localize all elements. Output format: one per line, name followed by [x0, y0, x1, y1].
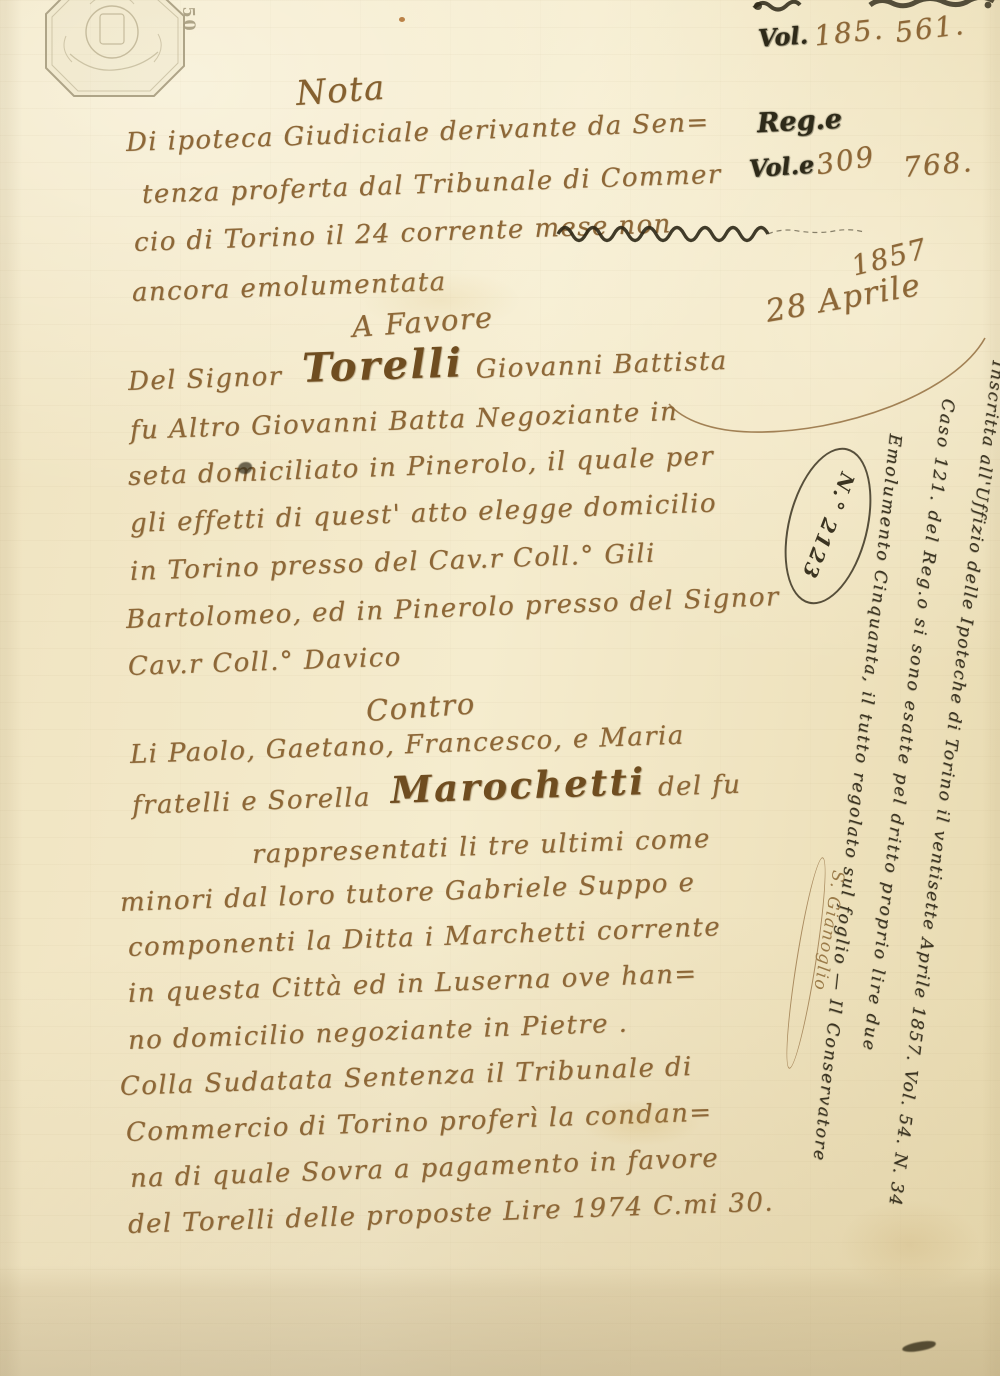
registry-reg-label: Reg.e [756, 104, 843, 139]
para2-line: Bartolomeo, ed in Pinerolo presso del Si… [125, 582, 780, 635]
para3-line: Commercio di Torino proferì la condan= [125, 1098, 712, 1148]
registry-vol-number-mid: 309 [814, 140, 878, 182]
stamp-denomination: 50 [179, 6, 199, 33]
creditor-line-pre: Del Signor [128, 362, 283, 397]
debtors-line-pre: fratelli e Sorella [132, 783, 372, 821]
debtors-line: fratelli e SorellaMarochettidel fu [131, 757, 742, 829]
debtor-name: Marochetti [390, 759, 647, 812]
para3-line: in questa Città ed in Luserna ove han= [127, 959, 698, 1009]
para2-line: fu Altro Giovanni Batta Negoziante in [129, 397, 678, 446]
para3-line: Colla Sudatata Sentenza il Tribunale di [119, 1052, 693, 1102]
registry-folio-mid: 768. [902, 145, 975, 184]
rust-speck [399, 17, 405, 22]
debtors-line-post: del fu [657, 770, 741, 803]
ink-smudge-bottom [902, 1340, 937, 1354]
creditor-line-post: Giovanni Battista [475, 346, 728, 385]
creditor-name: Torelli [301, 339, 464, 392]
para2-line: seta domiciliato in Pinerolo, il quale p… [127, 442, 714, 492]
para3-line: no domicilio negoziante in Pietre . [127, 1009, 628, 1056]
para3-line: del Torelli delle proposte Lire 1974 C.m… [127, 1187, 774, 1240]
para3-line: rappresentati li tre ultimi come [251, 824, 711, 870]
registry-vol-label-top: Vol. [757, 20, 809, 52]
para1-line: ancora emolumentata [131, 267, 447, 308]
para1-line: tenza proferta dal Tribunale di Commer [141, 160, 722, 210]
document-page: 50 Vol. 185. 561. Reg.e Vol.e 309 768. N… [0, 0, 1000, 1376]
registry-vol-number-top: 185. [812, 12, 885, 52]
doc-title: Nota [295, 68, 387, 114]
registry-vol-label-mid: Vol.e [748, 150, 815, 183]
para2-line: Cav.r Coll.° Davico [127, 642, 402, 682]
para2-line: gli effetti di quest' atto elegge domici… [129, 489, 717, 539]
para3-line: na di quale Sovra a pagamento in favore [129, 1143, 719, 1194]
oval-number: N.° 2123 [797, 469, 860, 583]
para2-line: in Torino presso del Cav.r Coll.° Gili [129, 539, 656, 587]
heading-contro: Contro [365, 686, 477, 728]
registry-folio-top: 561. [893, 8, 967, 49]
date-day-month: 28 Aprile [763, 267, 924, 330]
ink-squiggle [556, 220, 876, 246]
para3-line: componenti la Ditta i Marchetti corrente [127, 912, 721, 963]
para3-line: minori dal loro tutore Gabriele Suppo e [119, 868, 695, 918]
embossed-stamp-icon [40, 0, 190, 99]
para1-line: Di ipoteca Giudiciale derivante da Sen= [125, 108, 710, 158]
creditor-line: Del SignorTorelliGiovanni Battista [127, 333, 728, 405]
paper-stain [840, 1200, 980, 1290]
heading-a-favore: A Favore [351, 300, 495, 344]
